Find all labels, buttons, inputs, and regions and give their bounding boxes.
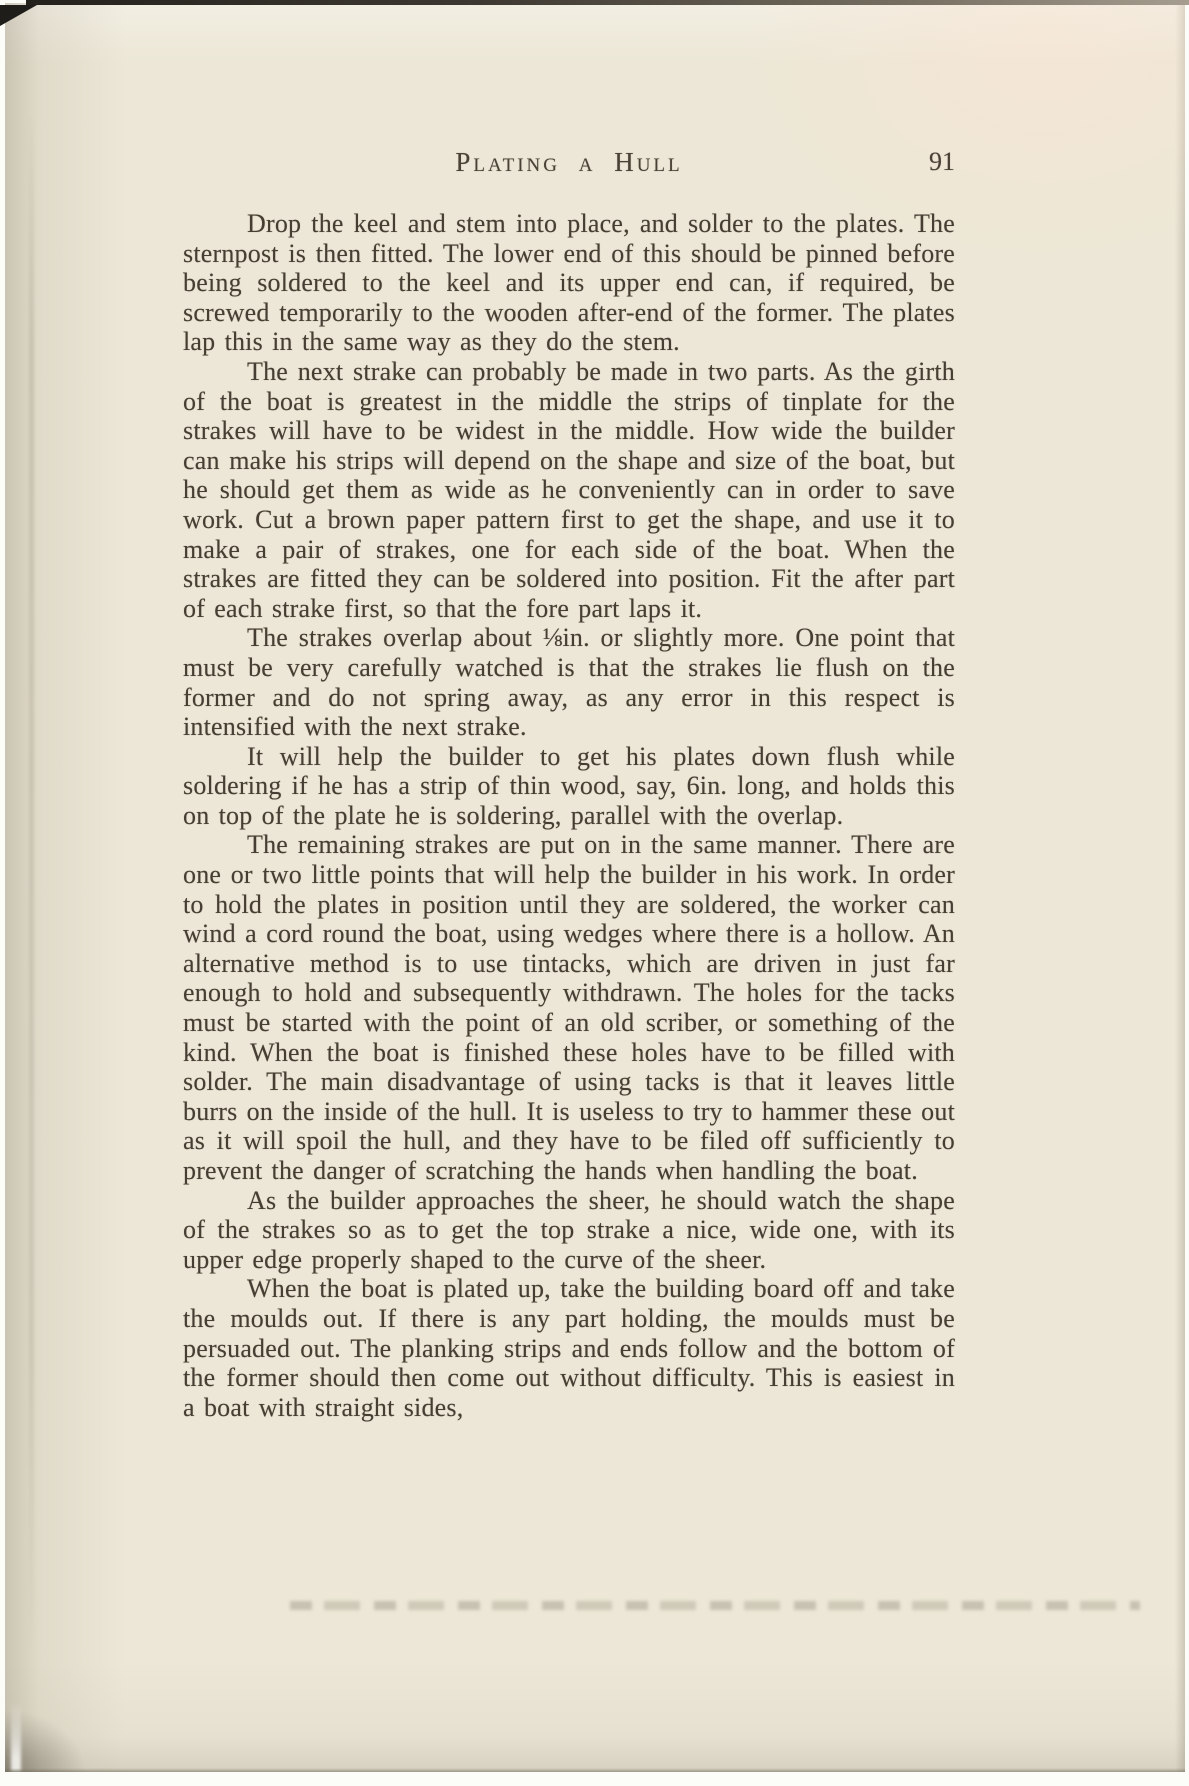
page-curl-highlight	[11, 1702, 21, 1772]
running-header: Plating a Hull 91	[183, 147, 955, 183]
page-bottom-edge	[5, 1768, 1185, 1772]
ghost-text-smudge	[290, 1601, 1140, 1610]
page-number: 91	[929, 147, 955, 177]
chapter-title: Plating a Hull	[183, 147, 955, 178]
binding-crease	[29, 113, 34, 1652]
paragraph: The remaining strakes are put on in the …	[183, 830, 955, 1185]
paragraph: Drop the keel and stem into place, and s…	[183, 209, 955, 357]
paragraph: The next strake can probably be made in …	[183, 357, 955, 623]
paragraph: It will help the builder to get his plat…	[183, 742, 955, 831]
paragraph: The strakes overlap about ⅛in. or slight…	[183, 623, 955, 741]
paragraph: When the boat is plated up, take the bui…	[183, 1274, 955, 1422]
book-page-paper: Plating a Hull 91 Drop the keel and stem…	[5, 3, 1185, 1772]
body-text: Drop the keel and stem into place, and s…	[183, 209, 955, 1422]
scanned-book-page: Plating a Hull 91 Drop the keel and stem…	[0, 0, 1189, 1786]
page-curl-shadow	[5, 1652, 135, 1772]
cover-edge-line	[26, 0, 1189, 5]
paragraph: As the builder approaches the sheer, he …	[183, 1186, 955, 1275]
